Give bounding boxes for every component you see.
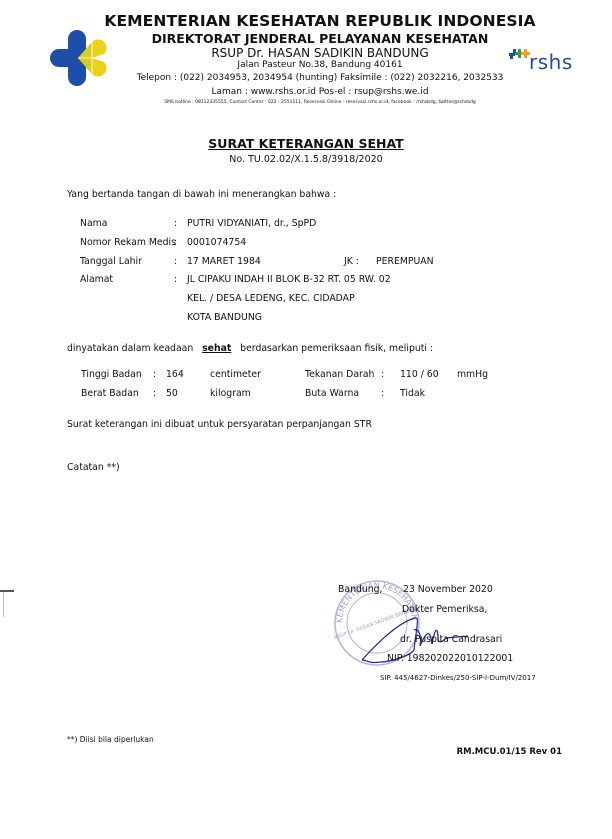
hospital-phone: Telepon : (022) 2034953, 2034954 (huntin… (100, 73, 540, 83)
statement-prefix: dinyatakan dalam keadaan (67, 343, 193, 354)
footnote: **) Diisi bila diperlukan (67, 735, 154, 744)
hospital-name: RSUP Dr. HASAN SADIKIN BANDUNG (100, 46, 540, 60)
health-statement: dinyatakan dalam keadaan sehat berdasark… (67, 343, 433, 354)
exam-unit-height: centimeter (210, 369, 261, 380)
field-colon: : (174, 274, 177, 285)
doctor-nip: NIP. 198202022010122001 (387, 653, 513, 664)
hospital-contacts: SMS hotline : 08112335555, Contact Cente… (100, 100, 540, 105)
doctor-name: dr. Puspita Candrasari (400, 634, 502, 645)
exam-value-color-blind: Tidak (400, 388, 425, 399)
exam-value-weight: 50 (166, 388, 178, 399)
field-label-address: Alamat (80, 274, 113, 285)
kemenkes-logo-icon (48, 28, 108, 88)
notes-label: Catatan **) (67, 462, 120, 473)
health-status: sehat (202, 343, 231, 354)
exam-label-blood-pressure: Tekanan Darah (305, 369, 374, 380)
directorate-name: DIREKTORAT JENDERAL PELAYANAN KESEHATAN (100, 31, 540, 46)
ministry-name: KEMENTERIAN KESEHATAN REPUBLIK INDONESIA (100, 12, 540, 30)
signature-place: Bandung, (338, 584, 383, 595)
field-value-name: PUTRI VIDYANIATI, dr., SpPD (187, 218, 316, 229)
exam-unit-blood-pressure: mmHg (457, 369, 488, 380)
exam-label-color-blind: Buta Warna (305, 388, 359, 399)
field-value-address-line3: KOTA BANDUNG (187, 312, 262, 323)
field-value-address-line2: KEL. / DESA LEDENG, KEC. CIDADAP (187, 293, 355, 304)
statement-suffix: berdasarkan pemeriksaan fisik, meliputi … (240, 343, 433, 354)
field-label-medical-record: Nomor Rekam Medis (80, 237, 176, 248)
exam-label-weight: Berat Badan (81, 388, 139, 399)
signature-date: 23 November 2020 (403, 584, 493, 595)
rshs-crosses-icon (507, 47, 531, 65)
doctor-sip: SIP. 445/4627-Dinkes/250-SIP-I-Dum/IV/20… (380, 674, 536, 682)
field-value-birth-date: 17 MARET 1984 (187, 256, 261, 267)
exam-unit-weight: kilogram (210, 388, 251, 399)
scan-margin-line (3, 592, 4, 617)
exam-colon: : (153, 388, 156, 399)
exam-value-height: 164 (166, 369, 184, 380)
field-value-address: JL CIPAKU INDAH II BLOK B-32 RT. 05 RW. … (187, 274, 391, 285)
hospital-address: Jalan Pasteur No.38, Bandung 40161 (100, 60, 540, 70)
intro-text: Yang bertanda tangan di bawah ini menera… (67, 189, 336, 200)
field-label-name: Nama (80, 218, 107, 229)
document-number: No. TU.02.02/X.1.5.8/3918/2020 (0, 154, 612, 165)
rshs-logo-text: rshs (529, 50, 573, 74)
field-label-gender: JK : (344, 256, 359, 267)
field-value-medical-record: 0001074754 (187, 237, 246, 248)
purpose-text: Surat keterangan ini dibuat untuk persya… (67, 419, 372, 430)
field-value-gender: PEREMPUAN (376, 256, 434, 267)
field-colon: : (174, 218, 177, 229)
exam-value-blood-pressure: 110 / 60 (400, 369, 439, 380)
hospital-web: Laman : www.rshs.or.id Pos-el : rsup@rsh… (100, 87, 540, 97)
field-colon: : (174, 256, 177, 267)
exam-colon: : (381, 369, 384, 380)
form-code: RM.MCU.01/15 Rev 01 (457, 747, 562, 757)
exam-colon: : (381, 388, 384, 399)
field-colon: : (174, 237, 177, 248)
exam-colon: : (153, 369, 156, 380)
exam-label-height: Tinggi Badan (81, 369, 142, 380)
rshs-logo: rshs (507, 47, 587, 77)
field-label-birth-date: Tanggal Lahir (80, 256, 142, 267)
document-title: SURAT KETERANGAN SEHAT (0, 136, 612, 151)
